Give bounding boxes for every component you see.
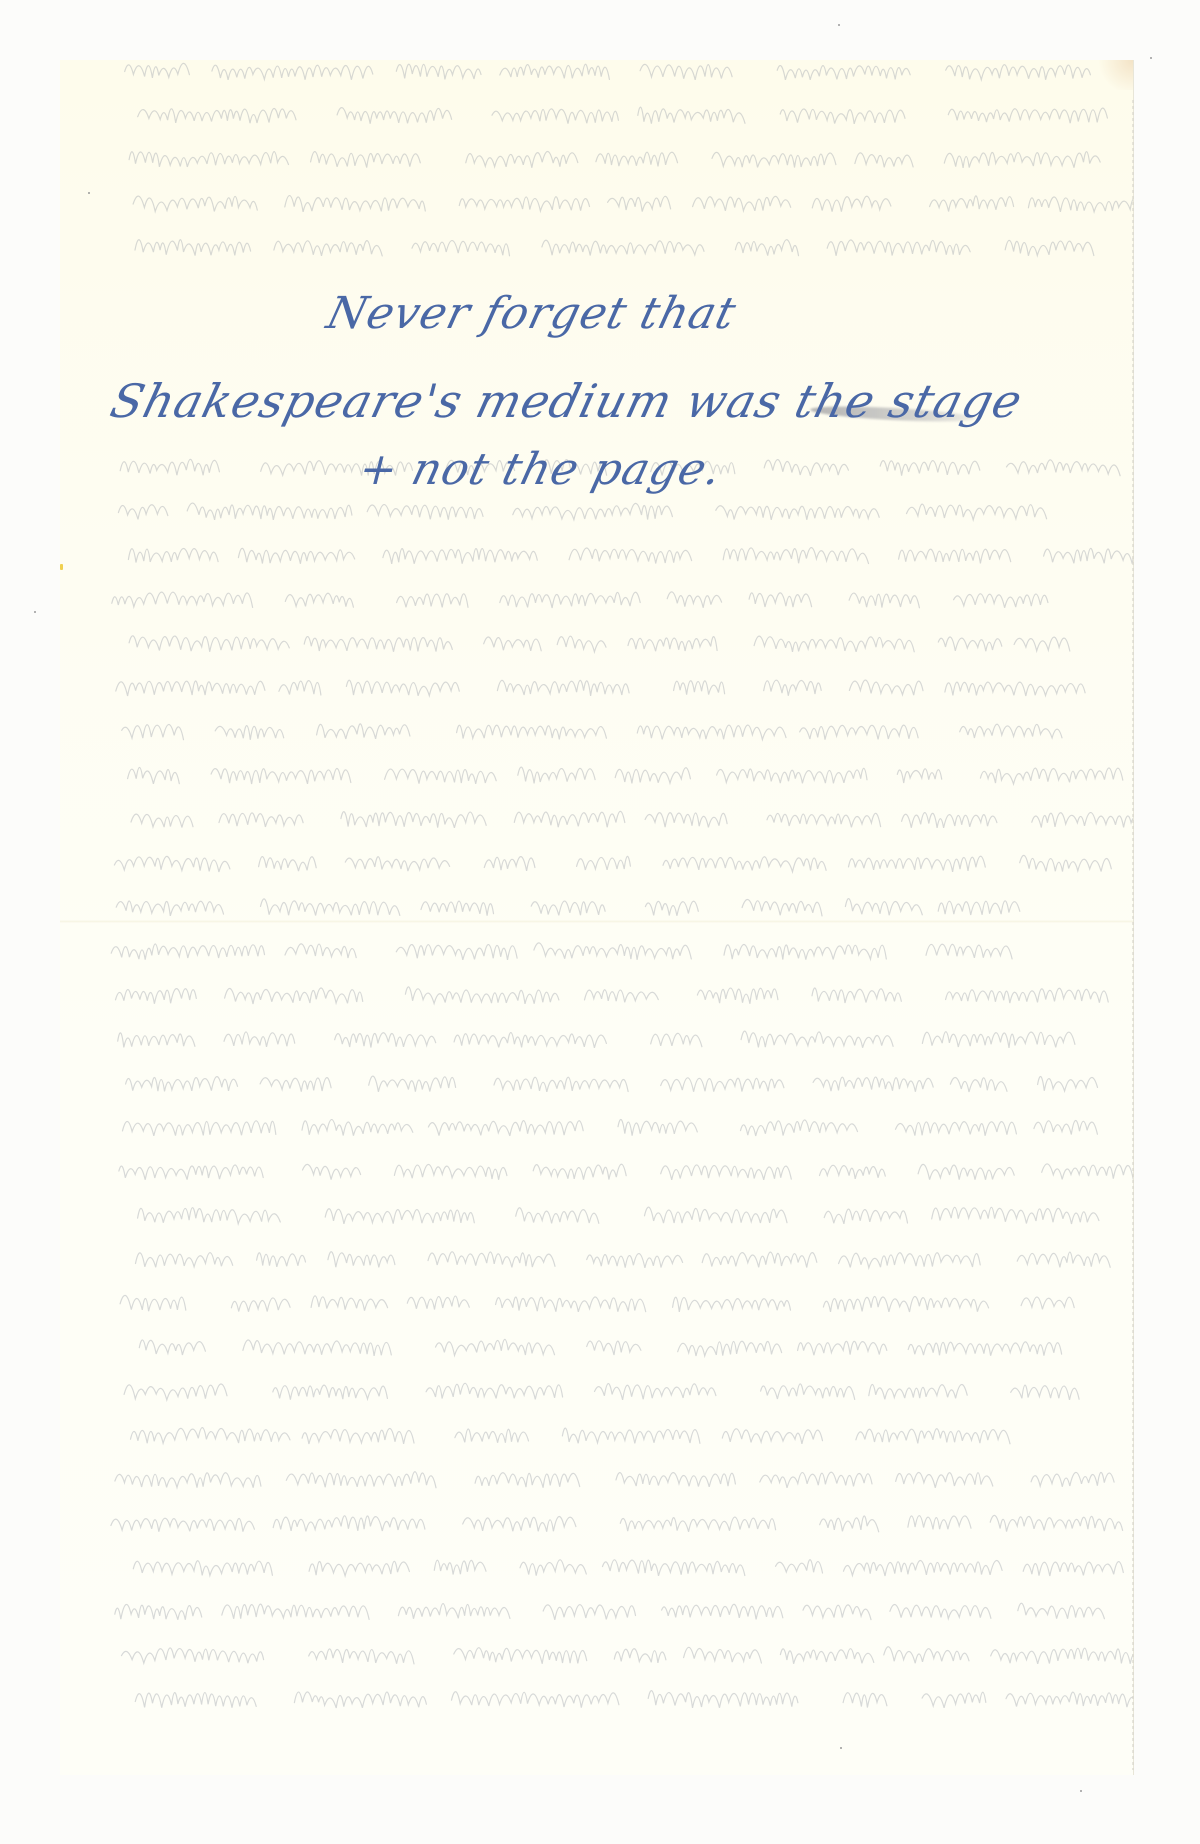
dust-speck xyxy=(88,192,90,194)
scanned-page: Never forget that Shakespeare's medium w… xyxy=(0,0,1200,1844)
note-line-2: Shakespeare's medium was the stage xyxy=(106,378,1027,424)
paper-sheet: Never forget that Shakespeare's medium w… xyxy=(60,60,1133,1775)
dust-speck xyxy=(840,1747,842,1749)
dust-speck xyxy=(1080,1790,1082,1792)
handwritten-note: Never forget that Shakespeare's medium w… xyxy=(60,60,1133,1775)
dust-speck xyxy=(838,24,840,26)
dust-speck xyxy=(1150,57,1152,59)
note-line-1: Never forget that xyxy=(323,292,741,336)
paper-fleck xyxy=(60,564,63,570)
dust-speck xyxy=(34,611,36,613)
note-line-3: + not the page. xyxy=(355,448,727,492)
